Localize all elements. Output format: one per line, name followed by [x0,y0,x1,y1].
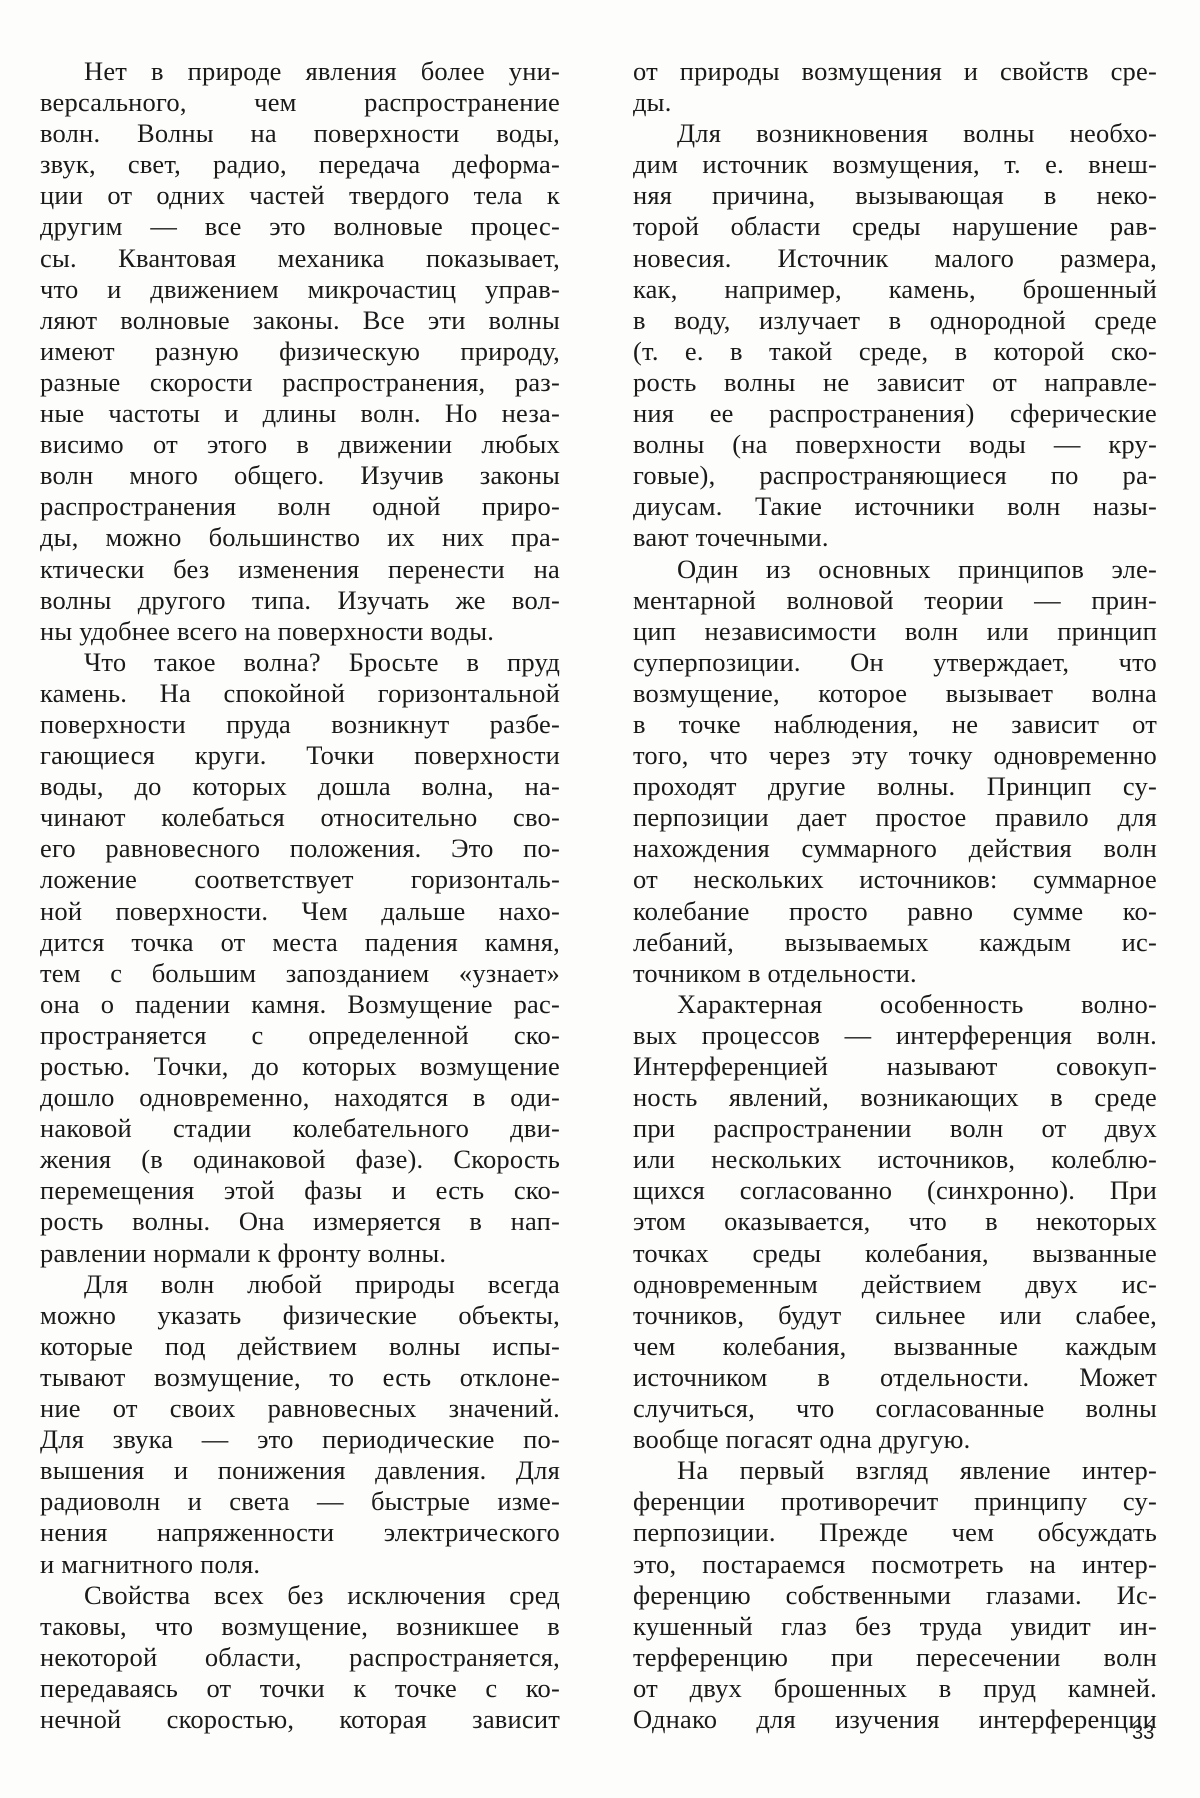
text-line: его равновесного положения. Это по- [40,833,560,864]
text-line: жения (в одинаковой фазе). Скорость [40,1144,560,1175]
text-line: точником в отдельности. [633,958,1157,989]
text-line: и магнитного поля. [40,1549,560,1580]
text-line: воды, до которых дошла волна, на- [40,771,560,802]
text-line: Один из основных принципов эле- [633,554,1157,585]
text-line: ференцию собственными глазами. Ис- [633,1580,1157,1611]
text-line: как, например, камень, брошенный [633,274,1157,305]
text-line: проходят другие волны. Принцип су- [633,771,1157,802]
text-line: рость волны не зависит от направле- [633,367,1157,398]
text-line: сы. Квантовая механика показывает, [40,243,560,274]
text-line: распространения волн одной приро- [40,491,560,522]
text-line: говые), распространяющиеся по ра- [633,460,1157,491]
text-line: нения напряженности электрического [40,1517,560,1548]
text-line: волны другого типа. Изучать же вол- [40,585,560,616]
text-line: перпозиции дает простое правило для [633,802,1157,833]
text-line: Что такое волна? Бросьте в пруд [40,647,560,678]
text-line: другим — все это волновые процес- [40,211,560,242]
text-line: Свойства всех без исключения сред [40,1580,560,1611]
text-line: возмущение, которое вызывает волна [633,678,1157,709]
text-line: ментарной волновой теории — прин- [633,585,1157,616]
text-line: ной поверхности. Чем дальше нахо- [40,896,560,927]
text-line: можно указать физические объекты, [40,1300,560,1331]
text-line: которые под действием волны испы- [40,1331,560,1362]
text-line: при распространении волн от двух [633,1113,1157,1144]
text-line: чем колебания, вызванные каждым [633,1331,1157,1362]
text-line: одновременным действием двух ис- [633,1269,1157,1300]
text-line: случиться, что согласованные волны [633,1393,1157,1424]
text-line: няя причина, вызывающая в неко- [633,180,1157,211]
text-line: в воду, излучает в однородной среде [633,305,1157,336]
text-line: равлении нормали к фронту волны. [40,1238,560,1269]
text-line: гающиеся круги. Точки поверхности [40,740,560,771]
text-line: имеют разную физическую природу, [40,336,560,367]
text-line: дошло одновременно, находятся в оди- [40,1082,560,1113]
text-line: Для волн любой природы всегда [40,1269,560,1300]
text-line: висимо от этого в движении любых [40,429,560,460]
text-line: точников, будут сильнее или слабее, [633,1300,1157,1331]
text-line: перпозиции. Прежде чем обсуждать [633,1517,1157,1548]
text-line: кушенный глаз без труда увидит ин- [633,1611,1157,1642]
text-line: рость волны. Она измеряется в нап- [40,1206,560,1237]
text-line: новесия. Источник малого размера, [633,243,1157,274]
text-line: Однако для изучения интерференции [633,1704,1157,1735]
text-line: волн. Волны на поверхности воды, [40,118,560,149]
text-line: ктически без изменения перенести на [40,554,560,585]
text-line: ность явлений, возникающих в среде [633,1082,1157,1113]
text-line: поверхности пруда возникнут разбе- [40,709,560,740]
text-line: того, что через эту точку одновременно [633,740,1157,771]
text-line: вают точечными. [633,522,1157,553]
text-line: торой области среды нарушение рав- [633,211,1157,242]
text-line: ложение соответствует горизонталь- [40,864,560,895]
text-line: камень. На спокойной горизонтальной [40,678,560,709]
text-line: ные частоты и длины волн. Но неза- [40,398,560,429]
text-line: версального, чем распространение [40,87,560,118]
page-number: 33 [1132,1722,1154,1745]
text-line: от нескольких источников: суммарное [633,864,1157,895]
text-line: чинают колебаться относительно сво- [40,802,560,833]
text-line: терференцию при пересечении волн [633,1642,1157,1673]
text-line: разные скорости распространения, раз- [40,367,560,398]
text-line: ференции противоречит принципу су- [633,1486,1157,1517]
text-line: этом оказывается, что в некоторых [633,1206,1157,1237]
text-line: На первый взгляд явление интер- [633,1455,1157,1486]
text-line: колебание просто равно сумме ко- [633,896,1157,927]
text-line: радиоволн и света — быстрые изме- [40,1486,560,1517]
text-line: ны удобнее всего на поверхности воды. [40,616,560,647]
text-line: она о падении камня. Возмущение рас- [40,989,560,1020]
text-line: это, постараемся посмотреть на интер- [633,1549,1157,1580]
text-line: передаваясь от точки к точке с ко- [40,1673,560,1704]
text-line: (т. е. в такой среде, в которой ско- [633,336,1157,367]
text-line: точках среды колебания, вызванные [633,1238,1157,1269]
text-line: ции от одних частей твердого тела к [40,180,560,211]
text-line: Интерференцией называют совокуп- [633,1051,1157,1082]
left-text-column: Нет в природе явления более уни-версальн… [40,56,560,1735]
text-line: Для возникновения волны необхо- [633,118,1157,149]
text-line: наковой стадии колебательного дви- [40,1113,560,1144]
text-line: вообще погасят одна другую. [633,1424,1157,1455]
text-line: ния ее распространения) сферические [633,398,1157,429]
text-line: Для звука — это периодические по- [40,1424,560,1455]
text-line: дится точка от места падения камня, [40,927,560,958]
text-line: волны (на поверхности воды — кру- [633,429,1157,460]
text-line: дим источник возмущения, т. е. внеш- [633,149,1157,180]
text-line: источником в отдельности. Может [633,1362,1157,1393]
text-line: нечной скоростью, которая зависит [40,1704,560,1735]
text-line: что и движением микрочастиц управ- [40,274,560,305]
text-line: лебаний, вызываемых каждым ис- [633,927,1157,958]
text-line: таковы, что возмущение, возникшее в [40,1611,560,1642]
text-line: тем с большим запозданием «узнает» [40,958,560,989]
text-line: некоторой области, распространяется, [40,1642,560,1673]
text-line: ляют волновые законы. Все эти волны [40,305,560,336]
text-line: пространяется с определенной ско- [40,1020,560,1051]
text-line: волн много общего. Изучив законы [40,460,560,491]
text-line: тывают возмущение, то есть отклоне- [40,1362,560,1393]
text-line: ды. [633,87,1157,118]
text-line: диусам. Такие источники волн назы- [633,491,1157,522]
right-text-column: от природы возмущения и свойств сре-ды.Д… [633,56,1157,1735]
text-line: перемещения этой фазы и есть ско- [40,1175,560,1206]
text-line: суперпозиции. Он утверждает, что [633,647,1157,678]
text-line: или нескольких источников, колеблю- [633,1144,1157,1175]
text-line: в точке наблюдения, не зависит от [633,709,1157,740]
text-line: от природы возмущения и свойств сре- [633,56,1157,87]
text-line: ды, можно большинство их них пра- [40,522,560,553]
text-line: цип независимости волн или принцип [633,616,1157,647]
text-line: щихся согласованно (синхронно). При [633,1175,1157,1206]
text-line: нахождения суммарного действия волн [633,833,1157,864]
text-line: звук, свет, радио, передача деформа- [40,149,560,180]
text-line: вышения и понижения давления. Для [40,1455,560,1486]
text-line: Характерная особенность волно- [633,989,1157,1020]
text-line: ростью. Точки, до которых возмущение [40,1051,560,1082]
text-line: ние от своих равновесных значений. [40,1393,560,1424]
text-line: от двух брошенных в пруд камней. [633,1673,1157,1704]
text-line: вых процессов — интерференция волн. [633,1020,1157,1051]
text-line: Нет в природе явления более уни- [40,56,560,87]
